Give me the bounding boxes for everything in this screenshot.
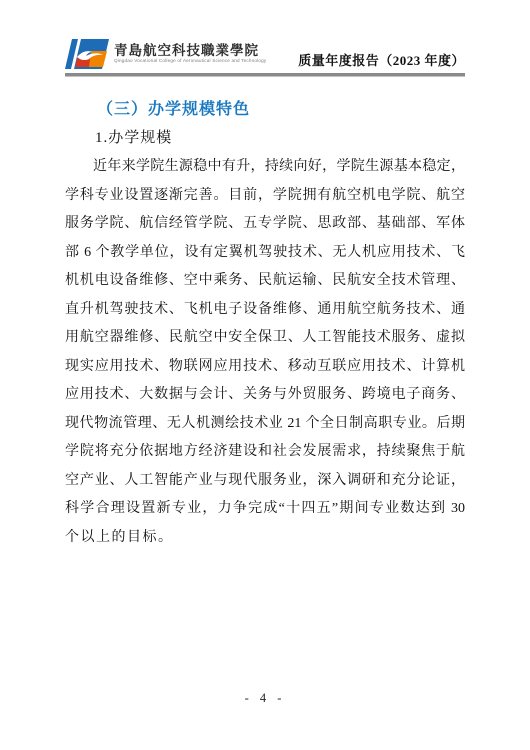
- paragraph-line: 现代物流管理、无人机测绘技术业 21 个全日制高职专业。后期: [65, 410, 465, 439]
- page-number: - 4 -: [245, 691, 286, 705]
- report-title: 质量年度报告（2023 年度）: [298, 50, 465, 70]
- paragraph-line: 学院将充分依据地方经济建设和社会发展需求，持续聚焦于航: [65, 438, 465, 467]
- paragraph-line: 近年来学院生源稳中有升，持续向好，学院生源基本稳定，: [65, 153, 465, 182]
- college-name-en: Qingdao Vocational College of Aeronautic…: [114, 59, 266, 64]
- college-name-cn: 青島航空科技職業學院: [114, 44, 266, 58]
- paragraph-line: 个以上的目标。: [65, 524, 465, 553]
- document-content: （三）办学规模特色 1.办学规模 近年来学院生源稳中有升，持续向好，学院生源基本…: [65, 96, 465, 552]
- section-heading: （三）办学规模特色: [65, 96, 465, 124]
- paragraph-line: 应用技术、大数据与会计、关务与外贸服务、跨境电子商务、: [65, 381, 465, 410]
- college-logo-icon: [65, 38, 109, 70]
- paragraph-line: 现实应用技术、物联网应用技术、移动互联应用技术、计算机: [65, 353, 465, 382]
- page-footer: - 4 -: [0, 689, 530, 707]
- body-paragraph: 近年来学院生源稳中有升，持续向好，学院生源基本稳定， 学科专业设置逐渐完善。目前…: [65, 153, 465, 552]
- college-logo: 青島航空科技職業學院 Qingdao Vocational College of…: [65, 38, 266, 70]
- college-name-block: 青島航空科技職業學院 Qingdao Vocational College of…: [114, 44, 266, 64]
- paragraph-line: 用航空器维修、民航空中安全保卫、人工智能技术服务、虚拟: [65, 324, 465, 353]
- paragraph-line: 服务学院、航信经管学院、五专学院、思政部、基础部、军体: [65, 210, 465, 239]
- paragraph-line: 学科专业设置逐渐完善。目前，学院拥有航空机电学院、航空: [65, 182, 465, 211]
- paragraph-line: 机机电设备维修、空中乘务、民航运输、民航安全技术管理、: [65, 267, 465, 296]
- document-page: 青島航空科技職業學院 Qingdao Vocational College of…: [0, 0, 530, 750]
- paragraph-line: 部 6 个教学单位，设有定翼机驾驶技术、无人机应用技术、飞: [65, 239, 465, 268]
- page-header: 青島航空科技職業學院 Qingdao Vocational College of…: [65, 38, 465, 77]
- paragraph-line: 空产业、人工智能产业与现代服务业，深入调研和充分论证，: [65, 467, 465, 496]
- header-rule-thin: [65, 76, 465, 77]
- header-row: 青島航空科技職業學院 Qingdao Vocational College of…: [65, 38, 465, 73]
- subsection-heading: 1.办学规模: [65, 124, 465, 153]
- paragraph-line: 科学合理设置新专业，力争完成“十四五”期间专业数达到 30: [65, 495, 465, 524]
- paragraph-line: 直升机驾驶技术、飞机电子设备维修、通用航空航务技术、通: [65, 296, 465, 325]
